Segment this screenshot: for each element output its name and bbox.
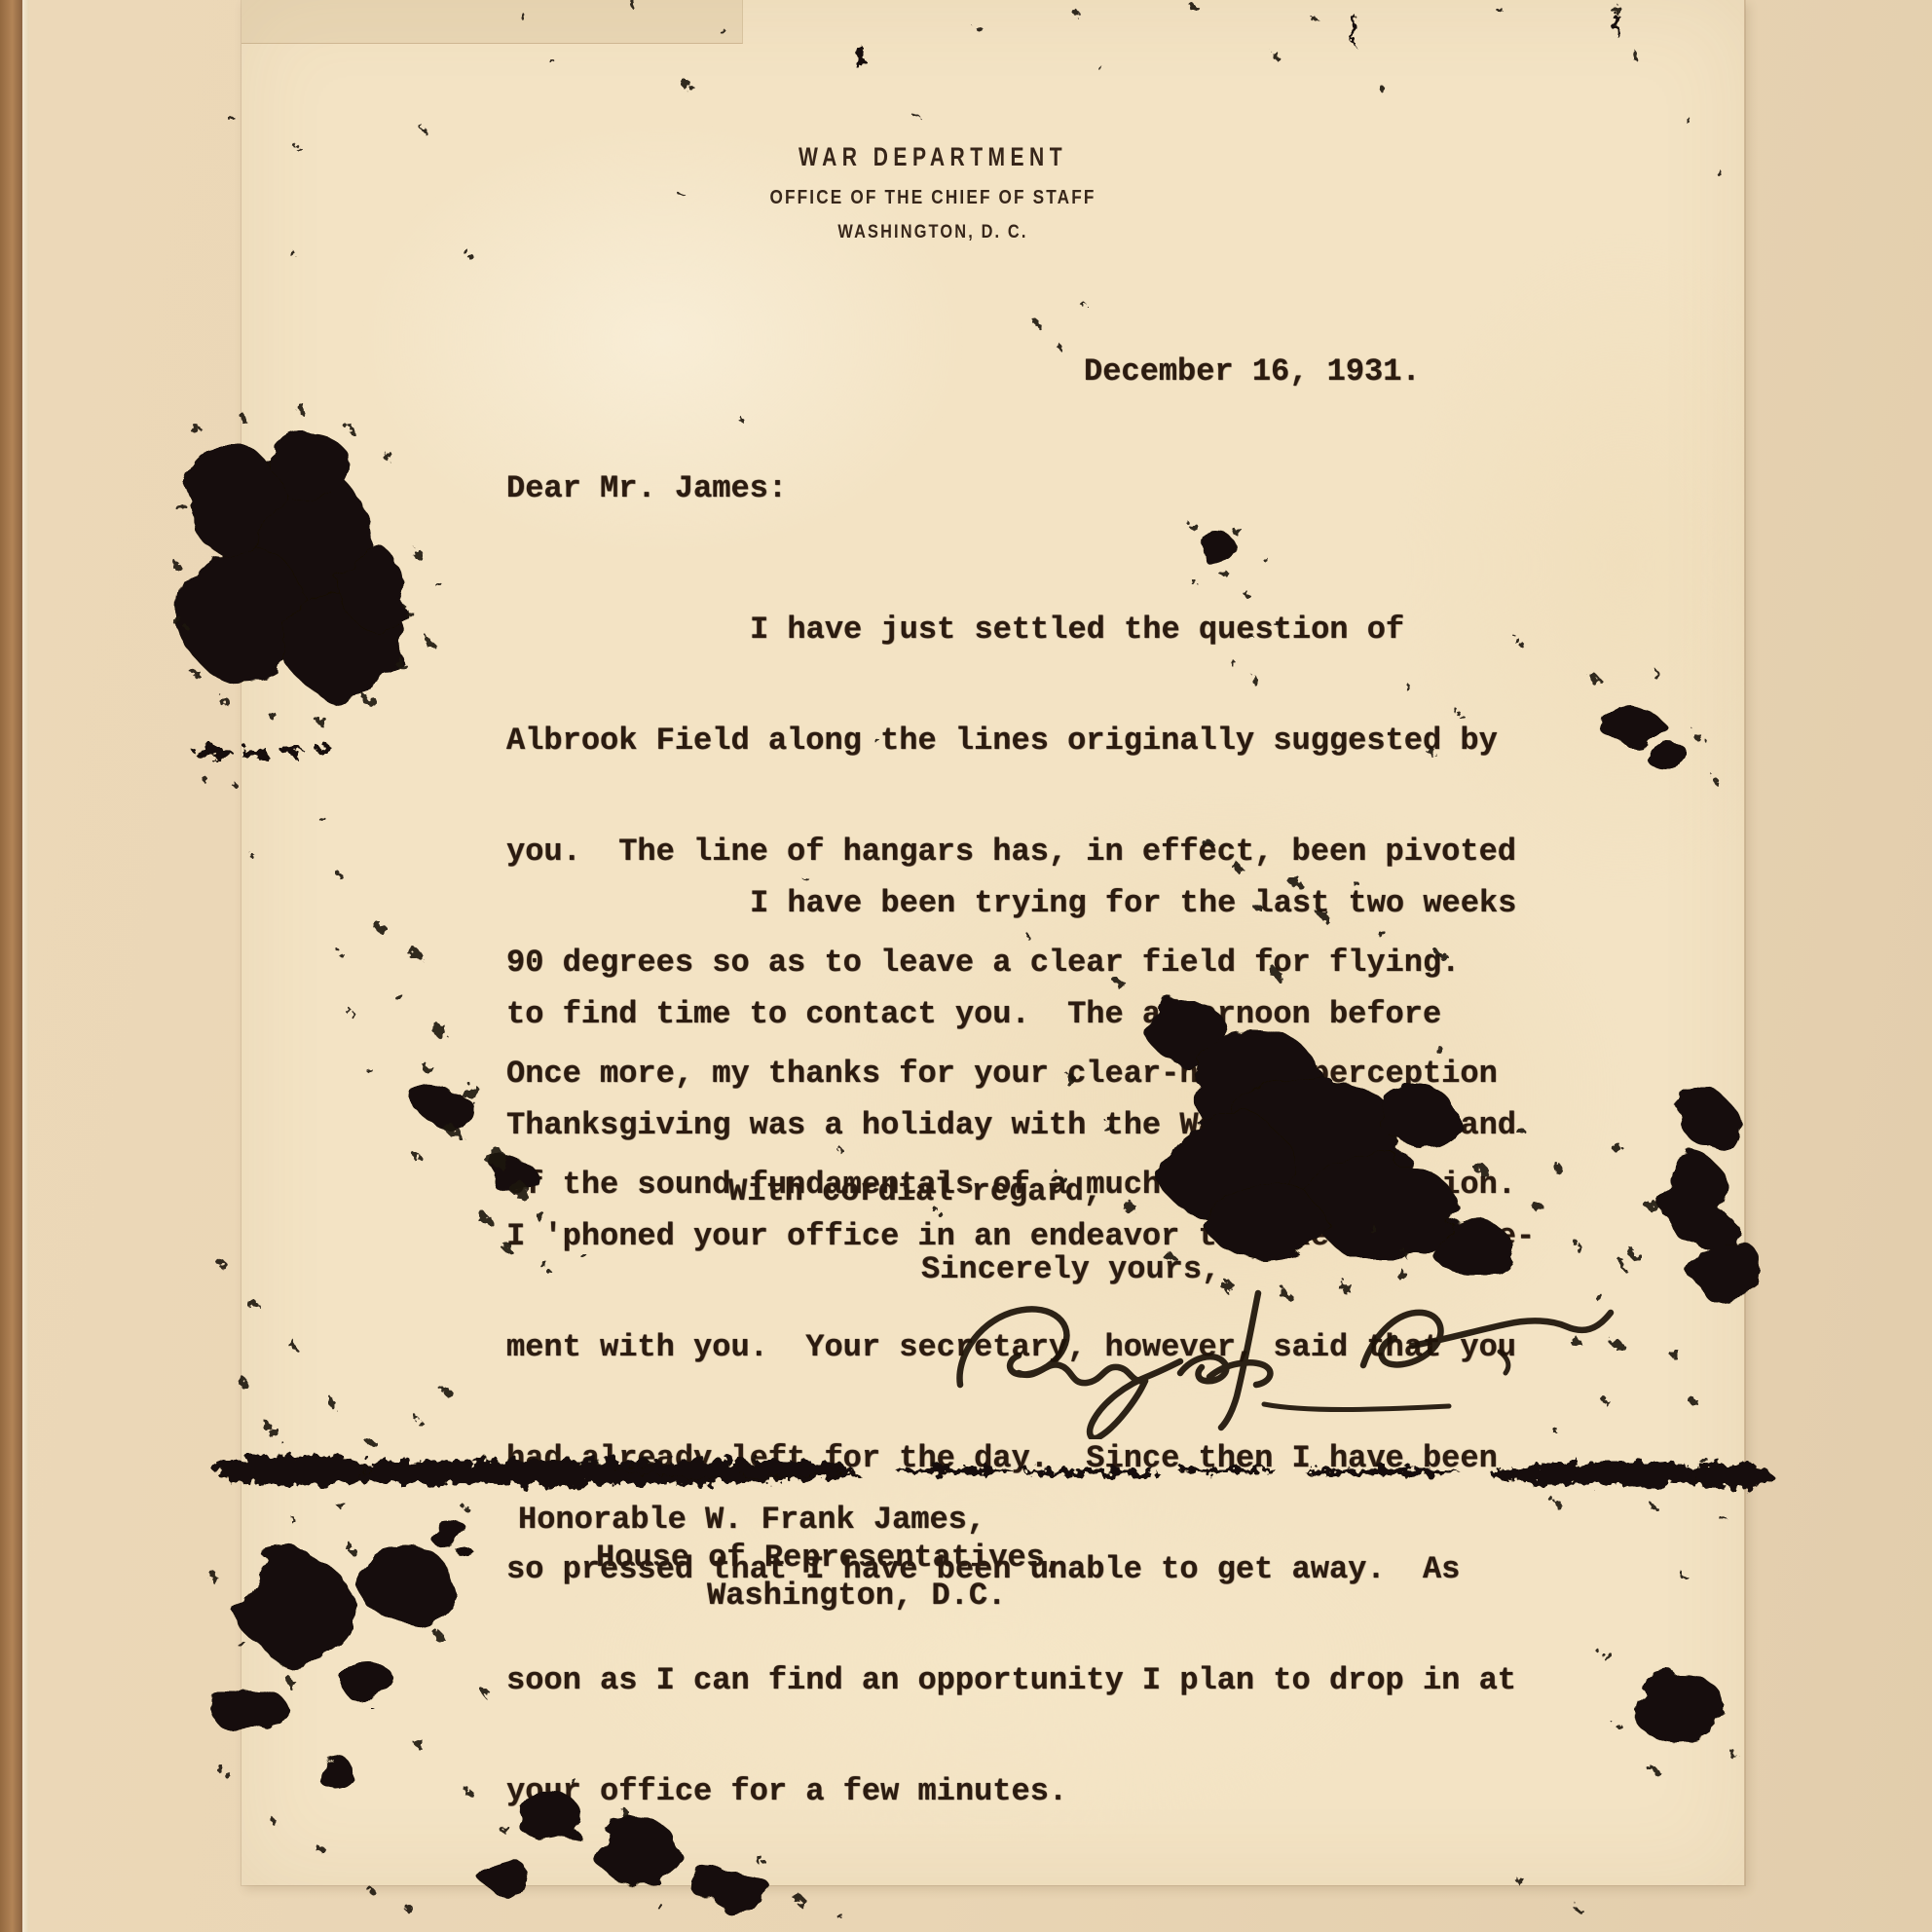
letter-line: I have just settled the question of (506, 612, 1516, 649)
letterhead-office: OFFICE OF THE CHIEF OF STAFF (279, 187, 1586, 209)
closing-line: With cordial regard, (728, 1173, 1102, 1210)
letterhead: WAR DEPARTMENT OFFICE OF THE CHIEF OF ST… (173, 142, 1692, 243)
left-backing-strip (0, 0, 22, 1932)
letter-line: I 'phoned your office in an endeavor to … (506, 1218, 1535, 1255)
letter-line: Thanksgiving was a holiday with the War … (506, 1107, 1535, 1144)
scanned-letter-page: WAR DEPARTMENT OFFICE OF THE CHIEF OF ST… (0, 0, 1932, 1932)
sheet-top-crease (241, 0, 743, 44)
letterhead-city: WASHINGTON, D. C. (279, 222, 1586, 243)
letter-line: your office for a few minutes. (506, 1773, 1535, 1810)
recipient-org: House of Representatives, (596, 1540, 1063, 1577)
date-line: December 16, 1931. (1084, 353, 1421, 390)
letter-line: I have been trying for the last two week… (506, 885, 1535, 922)
letter-line: to find time to contact you. The afterno… (506, 996, 1535, 1033)
salutation: Dear Mr. James: (506, 470, 787, 507)
letter-line: soon as I can find an opportunity I plan… (506, 1662, 1535, 1699)
signature-ink (954, 1283, 1616, 1439)
letterhead-war-department: WAR DEPARTMENT (341, 142, 1526, 172)
letter-line: had already left for the day. Since then… (506, 1440, 1535, 1477)
left-paper-edge (22, 0, 29, 1932)
letter-line: Albrook Field along the lines originally… (506, 723, 1516, 760)
signature-autograph: Douglas MacArthur (954, 1283, 1616, 1439)
recipient-name: Honorable W. Frank James, (518, 1502, 985, 1539)
recipient-city: Washington, D.C. (707, 1578, 1006, 1615)
